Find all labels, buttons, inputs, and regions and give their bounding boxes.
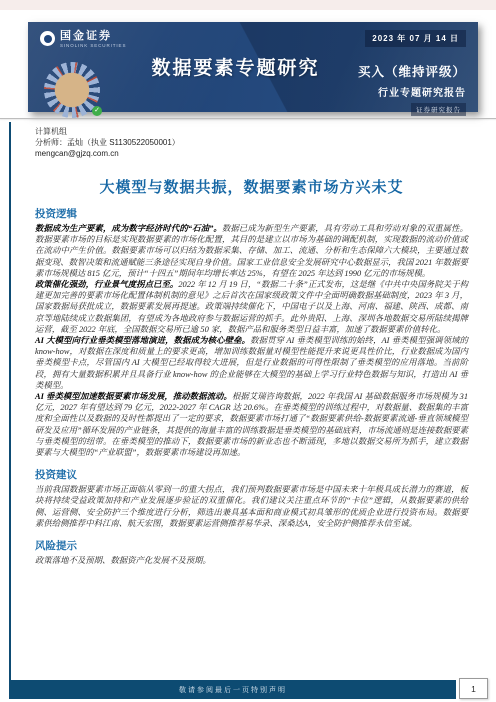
report-date: 2023 年 07 月 14 日 <box>365 30 466 47</box>
brand-text: 国金证券 SINOLINK SECURITIES <box>60 30 126 48</box>
paragraph: 数据成为生产要素，成为数字经济时代的“石油”。数据已成为新型生产要素，具有劳动工… <box>35 223 468 279</box>
report-category-label: 证券研究报告 <box>411 103 466 116</box>
paragraph: 政策落地不及预期、数据资产化发展不及预期。 <box>35 555 468 566</box>
page-title: 大模型与数据共振，数据要素市场方兴未艾 <box>35 176 468 197</box>
company-seal-icon: ✓ <box>44 62 100 118</box>
paragraph-body: 当前我国数据要素市场正面临从零到一的重大拐点，我们预判数据要素市场是中国未来十年… <box>35 485 468 528</box>
analyst-block: 计算机组 分析师：孟灿（执业 S1130522050001） mengcan@g… <box>35 126 468 159</box>
analyst-email-link[interactable]: mengcan@gjzq.com.cn <box>35 149 119 158</box>
rating-badge: 买入（维持评级） <box>358 62 466 80</box>
paragraph: AI 大模型向行业垂类模型落地演进，数据成为核心壁垒。数据贯穿 AI 垂类模型训… <box>35 335 468 391</box>
paragraph: 政策催化强劲，行业景气度拐点已至。2022 年 12 月 19 日，“数据二十条… <box>35 279 468 335</box>
paragraph-lead: 政策催化强劲，行业景气度拐点已至。 <box>35 280 178 289</box>
header-right-block: 2023 年 07 月 14 日 买入（维持评级） 行业专题研究报告 证券研究报… <box>358 28 466 117</box>
report-series-title: 数据要素专题研究 <box>108 53 363 80</box>
paragraph: 当前我国数据要素市场正面临从零到一的重大拐点，我们预判数据要素市场是中国未来十年… <box>35 484 468 529</box>
brand-subtitle: SINOLINK SECURITIES <box>60 43 126 48</box>
report-type-label: 行业专题研究报告 <box>358 84 466 99</box>
page-number: 1 <box>471 684 476 694</box>
section-heading-investment-advice: 投资建议 <box>35 467 468 482</box>
sinolink-logo-icon <box>40 31 55 46</box>
paragraph-body: 根据艾瑞咨询数据，2022 年我国 AI 基础数据服务市场规模为 31 亿元，2… <box>35 392 468 457</box>
brand-block: 国金证券 SINOLINK SECURITIES <box>40 30 126 48</box>
section-heading-investment-logic: 投资逻辑 <box>35 206 468 221</box>
header-banner: 国金证券 SINOLINK SECURITIES ✓ 数据要素专题研究 2023… <box>28 22 478 112</box>
seal-check-icon: ✓ <box>92 106 102 116</box>
paragraph-lead: 数据成为生产要素，成为数字经济时代的“石油”。 <box>35 224 222 233</box>
brand-name: 国金证券 <box>60 30 126 43</box>
footer-disclaimer-text: 敬请参阅最后一页特别声明 <box>179 685 287 695</box>
report-body: 计算机组 分析师：孟灿（执业 S1130522050001） mengcan@g… <box>35 126 468 566</box>
analyst-email: mengcan@gjzq.com.cn <box>35 148 468 159</box>
top-tint-strip <box>0 0 496 10</box>
section-heading-risk-warning: 风险提示 <box>35 538 468 553</box>
analyst-name-line: 分析师：孟灿（执业 S1130522050001） <box>35 137 468 148</box>
paragraph: AI 垂类模型加速数据要素市场发展，推动数据流动。根据艾瑞咨询数据，2022 年… <box>35 391 468 458</box>
page-number-badge: 1 <box>459 678 488 699</box>
paragraph-lead: AI 垂类模型加速数据要素市场发展，推动数据流动。 <box>35 392 232 401</box>
report-page: 国金证券 SINOLINK SECURITIES ✓ 数据要素专题研究 2023… <box>0 0 496 702</box>
header-divider <box>0 118 496 119</box>
left-margin-rule <box>9 122 11 699</box>
paragraph-body: 政策落地不及预期、数据资产化发展不及预期。 <box>35 556 211 565</box>
analyst-team: 计算机组 <box>35 126 468 137</box>
paragraph-lead: AI 大模型向行业垂类模型落地演进，数据成为核心壁垒。 <box>35 336 250 345</box>
footer-disclaimer-bar: 敬请参阅最后一页特别声明 <box>10 680 456 699</box>
